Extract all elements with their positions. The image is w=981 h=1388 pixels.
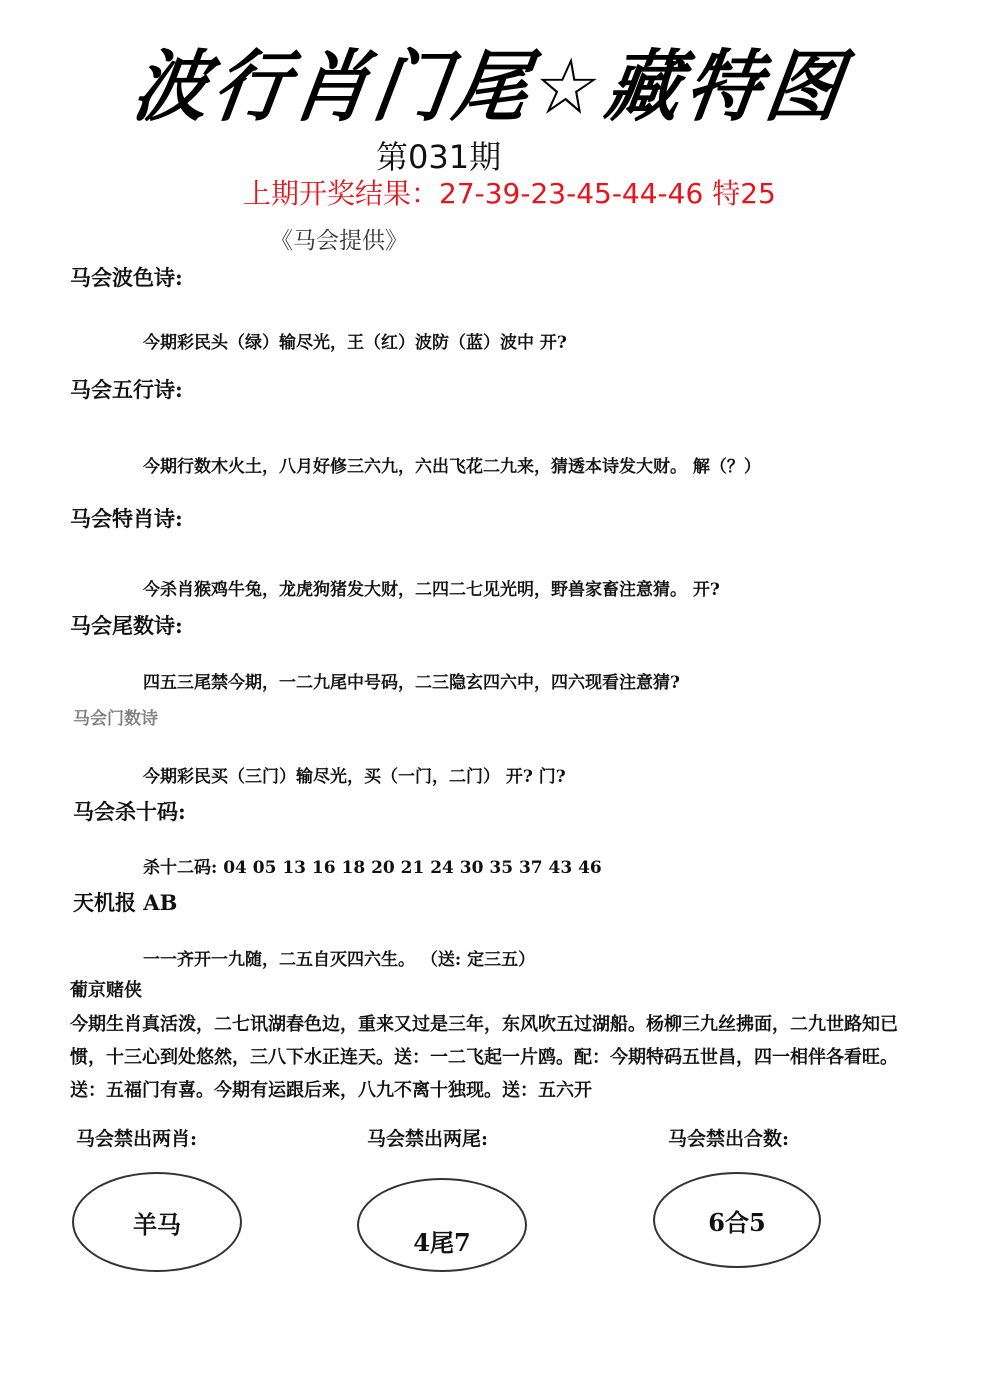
- section-line-tianji: 一一齐开一九随，二五自灭四六生。 （送: 定三五）: [143, 945, 535, 970]
- ban-value-sum: 6合5: [708, 1203, 765, 1238]
- page-title: 波行肖门尾☆藏特图: [127, 25, 855, 136]
- section-heading-tail-number: 马会尾数诗:: [70, 610, 183, 640]
- pujing-paragraph: 今期生肖真活泼，二七讯湖春色边，重来又过是三年，东风吹五过湖船。杨柳三九丝拂面，…: [70, 1008, 930, 1107]
- provider-label: 《马会提供》: [270, 222, 408, 255]
- ban-label-sum: 马会禁出合数:: [668, 1124, 789, 1151]
- section-heading-tianji: 天机报 AB: [73, 887, 177, 917]
- section-line-wave-color: 今期彩民头（绿）输尽光，王（红）波防（蓝）波中 开?: [143, 328, 567, 353]
- ban-label-zodiac: 马会禁出两肖:: [76, 1124, 197, 1151]
- section-line-special-zodiac: 今杀肖猴鸡牛兔，龙虎狗猪发大财，二四二七见光明，野兽家畜注意猜。 开?: [143, 575, 720, 600]
- ban-value-zodiac: 羊马: [133, 1205, 181, 1240]
- last-draw-result: 上期开奖结果：27-39-23-45-44-46 特25: [243, 172, 776, 212]
- section-heading-door-number: 马会门数诗: [73, 704, 158, 729]
- section-line-tail-number: 四五三尾禁今期，一二九尾中号码，二三隐玄四六中，四六现看注意猜?: [143, 668, 680, 693]
- section-heading-five-elements: 马会五行诗:: [70, 374, 183, 404]
- ban-ellipse-sum: 6合5: [653, 1172, 821, 1268]
- section-line-kill-numbers: 杀十二码: 04 05 13 16 18 20 21 24 30 35 37 4…: [143, 853, 602, 878]
- ban-value-tail: 4尾7: [413, 1223, 470, 1258]
- section-line-door-number: 今期彩民买（三门）输尽光，买（一门，二门） 开? 门?: [143, 762, 566, 787]
- section-heading-pujing: 葡京赌侠: [70, 976, 142, 1002]
- section-line-five-elements: 今期行数木火土，八月好修三六九，六出飞花二九来，猜透本诗发大财。 解（？）: [143, 452, 761, 477]
- section-heading-special-zodiac: 马会特肖诗:: [70, 503, 183, 533]
- ban-ellipse-tail: 4尾7: [357, 1178, 527, 1272]
- ban-label-tail: 马会禁出两尾:: [367, 1124, 488, 1151]
- section-heading-kill-numbers: 马会杀十码:: [73, 796, 186, 826]
- section-heading-wave-color: 马会波色诗:: [70, 262, 183, 292]
- ban-ellipse-zodiac: 羊马: [72, 1172, 242, 1272]
